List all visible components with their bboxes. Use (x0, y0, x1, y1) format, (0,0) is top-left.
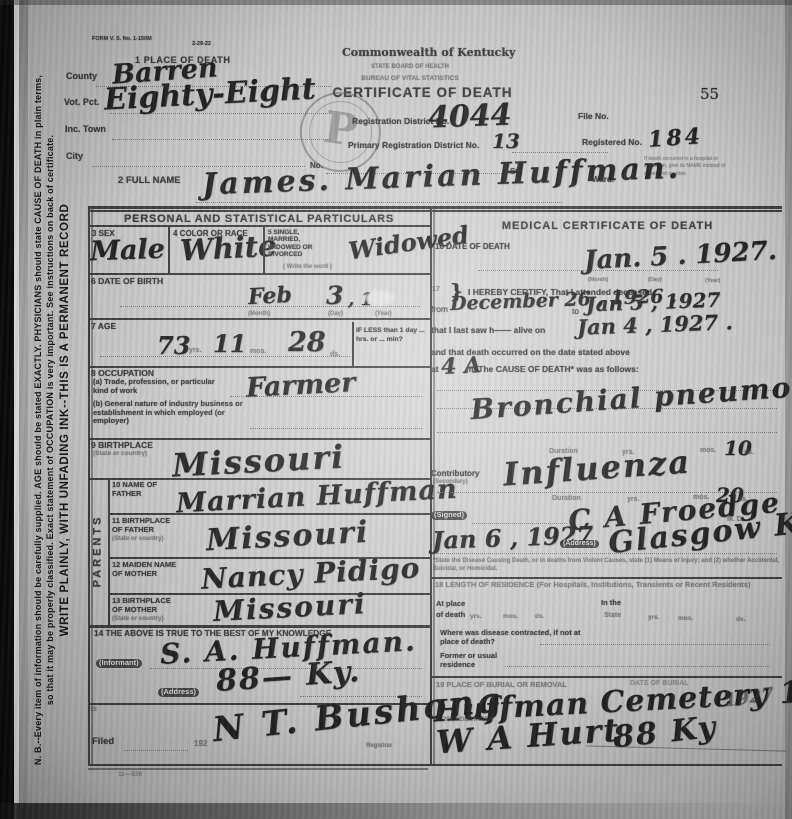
age-months-label: mos. (250, 348, 266, 356)
where-contracted-line (540, 644, 770, 645)
physician-address-label: (Address) (560, 540, 599, 548)
former-residence-label: Former or usual residence (440, 652, 510, 669)
registrar-label: Registrar (366, 743, 392, 750)
father-birthplace-label: 11 BIRTHPLACE OF FATHER (112, 517, 182, 534)
secondary-label: (Secondary) (433, 479, 468, 486)
age-days-label: ds. (330, 351, 340, 359)
residence-label: 18 LENGTH OF RESIDENCE (For Hospitals, I… (435, 581, 780, 590)
filed-label: Filed (92, 737, 114, 748)
age-label: 7 AGE (91, 322, 116, 332)
left-border-line-2 (91, 206, 93, 766)
res-ds-label-2: ds. (736, 616, 745, 623)
mother-birthplace-sub-label: (State or country) (112, 615, 164, 622)
city-label: City (66, 151, 83, 161)
informant-label: (Informant) (96, 659, 142, 668)
dob-month-value: Feb (247, 284, 292, 308)
res-yrs-label-1: yrs. (470, 613, 482, 620)
contributory-value: Influenza (502, 445, 692, 490)
sex-row-rule (88, 273, 430, 275)
vot-pct-label: Vot. Pct. (64, 97, 99, 107)
occupation-b-line (250, 428, 422, 429)
photo-edge-left-black (0, 0, 14, 819)
signed-label: (Signed) (431, 511, 467, 520)
date-of-death-value: Jan. 5 . 1927. (583, 238, 777, 274)
cause-footnote: *State the Disease Causing Death, or in … (433, 558, 781, 574)
signed-row-line (437, 553, 777, 554)
sex-value: Male (90, 236, 166, 266)
dob-year-smudge (365, 290, 395, 306)
occupation-b-label: (b) General nature of industry business … (93, 400, 243, 426)
margin-note-body: N. B.--Every item of information should … (33, 70, 56, 770)
header-rule-bottom (88, 210, 782, 212)
dod-month-label: (Month) (588, 277, 608, 283)
color-marital-divider (263, 225, 265, 273)
date-of-death-label: 16 DATE OF DEATH (435, 242, 510, 251)
cause-line-3 (437, 432, 777, 433)
margin-note-title: WRITE PLAINLY, WITH UNFADING INK--THIS I… (59, 70, 71, 770)
parents-label: PARENTS (92, 515, 105, 587)
margin-instructions: N. B.--Every item of information should … (33, 70, 71, 770)
photo-edge-bottom (0, 803, 792, 819)
form-date: 2-29-22 (192, 41, 211, 47)
item-15-label: 15 (90, 707, 97, 714)
dob-row-rule (88, 318, 430, 320)
full-name-line (196, 202, 562, 203)
birthplace-value: Missouri (171, 440, 346, 481)
birthplace-sub-label: (State or country) (93, 450, 147, 457)
signed-date-value: Jan 6 , 1927 (432, 523, 594, 553)
left-border-line (88, 206, 90, 766)
duration-label-2: Duration (552, 495, 581, 503)
at-place-label-2: of death (436, 611, 465, 620)
registered-no-value: 184 (647, 125, 703, 151)
dob-year-label: (Year) (375, 311, 392, 318)
father-name-label: 10 NAME OF FATHER (112, 481, 167, 498)
county-label: County (66, 71, 97, 81)
if-less-box-divider (352, 322, 354, 366)
age-days-value: 28 (288, 329, 326, 356)
from-label: from (431, 305, 448, 315)
dob-day-label: (Day) (328, 311, 343, 318)
registrar-stamp-icon: P (300, 92, 381, 172)
inc-town-line (112, 139, 330, 140)
cause-of-death-value: Bronchial pneumonia (469, 370, 792, 424)
filed-year-label: 192 (194, 739, 207, 748)
last-saw-value: Jan 4 , 1927 . (577, 311, 733, 337)
stamp-monogram: P (321, 102, 361, 157)
last-saw-label: that I last saw h—— alive on (431, 326, 545, 336)
vot-pct-value: Eighty-Eight (103, 74, 316, 115)
at-label: at (431, 365, 439, 375)
occupation-a-line (230, 396, 422, 397)
residence-top-rule (430, 577, 782, 579)
primary-registration-value: 13 (492, 131, 520, 151)
mother-birthplace-label: 13 BIRTHPLACE OF MOTHER (112, 597, 182, 614)
filed-line (124, 750, 188, 751)
write-the-word-label: ( Write the word ) (283, 264, 332, 271)
cause-intro-label: m. The CAUSE OF DEATH* was as follows: (466, 365, 639, 375)
dod-day-label: (Day) (648, 277, 662, 283)
personal-title-rule (88, 225, 430, 227)
dob-month-label: (Month) (248, 311, 270, 318)
age-months-value: 11 (213, 332, 246, 356)
commonwealth-title: Commonwealth of Kentucky (342, 47, 478, 60)
personal-section-title: PERSONAL AND STATISTICAL PARTICULARS (88, 213, 430, 226)
registered-no-label: Registered No. (582, 138, 642, 148)
certificate-number: 55 (700, 86, 719, 103)
father-birthplace-value: Missouri (205, 518, 370, 557)
state-label: State (604, 612, 621, 620)
contributory-label: Contributory (431, 469, 479, 478)
at-place-label-1: At place (436, 600, 465, 609)
header-rule-top (88, 206, 782, 209)
photo-edge-top (0, 0, 792, 5)
res-mos-label-2: mos. (678, 615, 693, 622)
bottom-rule-2 (88, 768, 428, 770)
certificate-paper: N. B.--Every item of information should … (0, 0, 792, 819)
marital-label: 5 SINGLE, MARRIED, WIDOWED OR DIVORCED (268, 229, 326, 259)
bureau-title: BUREAU OF VITAL STATISTICS (345, 75, 475, 82)
form-number: FORM V. S. No. 1-150M (92, 36, 152, 42)
form-code: 11—536 (118, 771, 142, 778)
dob-label: 6 DATE OF BIRTH (91, 277, 163, 287)
medical-section-title: MEDICAL CERTIFICATE OF DEATH (435, 220, 780, 233)
burial-top-rule (430, 676, 782, 678)
age-years-value: 73 (157, 334, 190, 358)
res-yrs-label-2: yrs. (648, 614, 660, 621)
bottom-rule (88, 764, 782, 766)
mother-name-label: 12 MAIDEN NAME OF MOTHER (112, 561, 187, 578)
dob-day-value: 3 (326, 283, 343, 308)
res-ds-label-1: ds. (535, 613, 544, 620)
sex-color-divider (168, 225, 170, 273)
state-board-title: STATE BOARD OF HEALTH (345, 64, 475, 71)
father-name-rule (108, 513, 430, 515)
informant-address-value: 88— Ky. (215, 657, 362, 697)
informant-address-label: (Address) (158, 688, 199, 697)
inc-town-label: Inc. Town (65, 124, 106, 134)
dod-year-label: (Year) (705, 278, 720, 284)
mother-birthplace-value: Missouri (212, 590, 367, 626)
former-residence-line (505, 666, 770, 667)
duration-mos-label-1: mos. (700, 447, 716, 455)
item-17-label: 17 (432, 286, 440, 294)
photo-edge-left-gray (19, 0, 28, 819)
res-mos-label-1: mos. (503, 613, 518, 620)
mother-name-value: Nancy Pidigo (200, 554, 420, 593)
file-no-label: File No. (578, 112, 609, 122)
parents-strip-divider (108, 478, 110, 625)
full-name-label: 2 FULL NAME (118, 176, 181, 187)
duration-ds-label-1: ds. (744, 449, 754, 457)
death-certificate-photo: N. B.--Every item of information should … (0, 0, 792, 819)
father-birthplace-sub-label: (State or country) (112, 535, 164, 542)
occupation-a-label: (a) Trade, profession, or particular kin… (93, 378, 228, 395)
full-name-value: James. Marian Huffman. (202, 154, 682, 201)
photo-edge-right (785, 0, 792, 819)
if-less-label: IF LESS than 1 day ... hrs. or ... min? (356, 327, 426, 345)
age-years-label: yrs. (189, 347, 201, 355)
in-the-label: In the (601, 599, 621, 608)
